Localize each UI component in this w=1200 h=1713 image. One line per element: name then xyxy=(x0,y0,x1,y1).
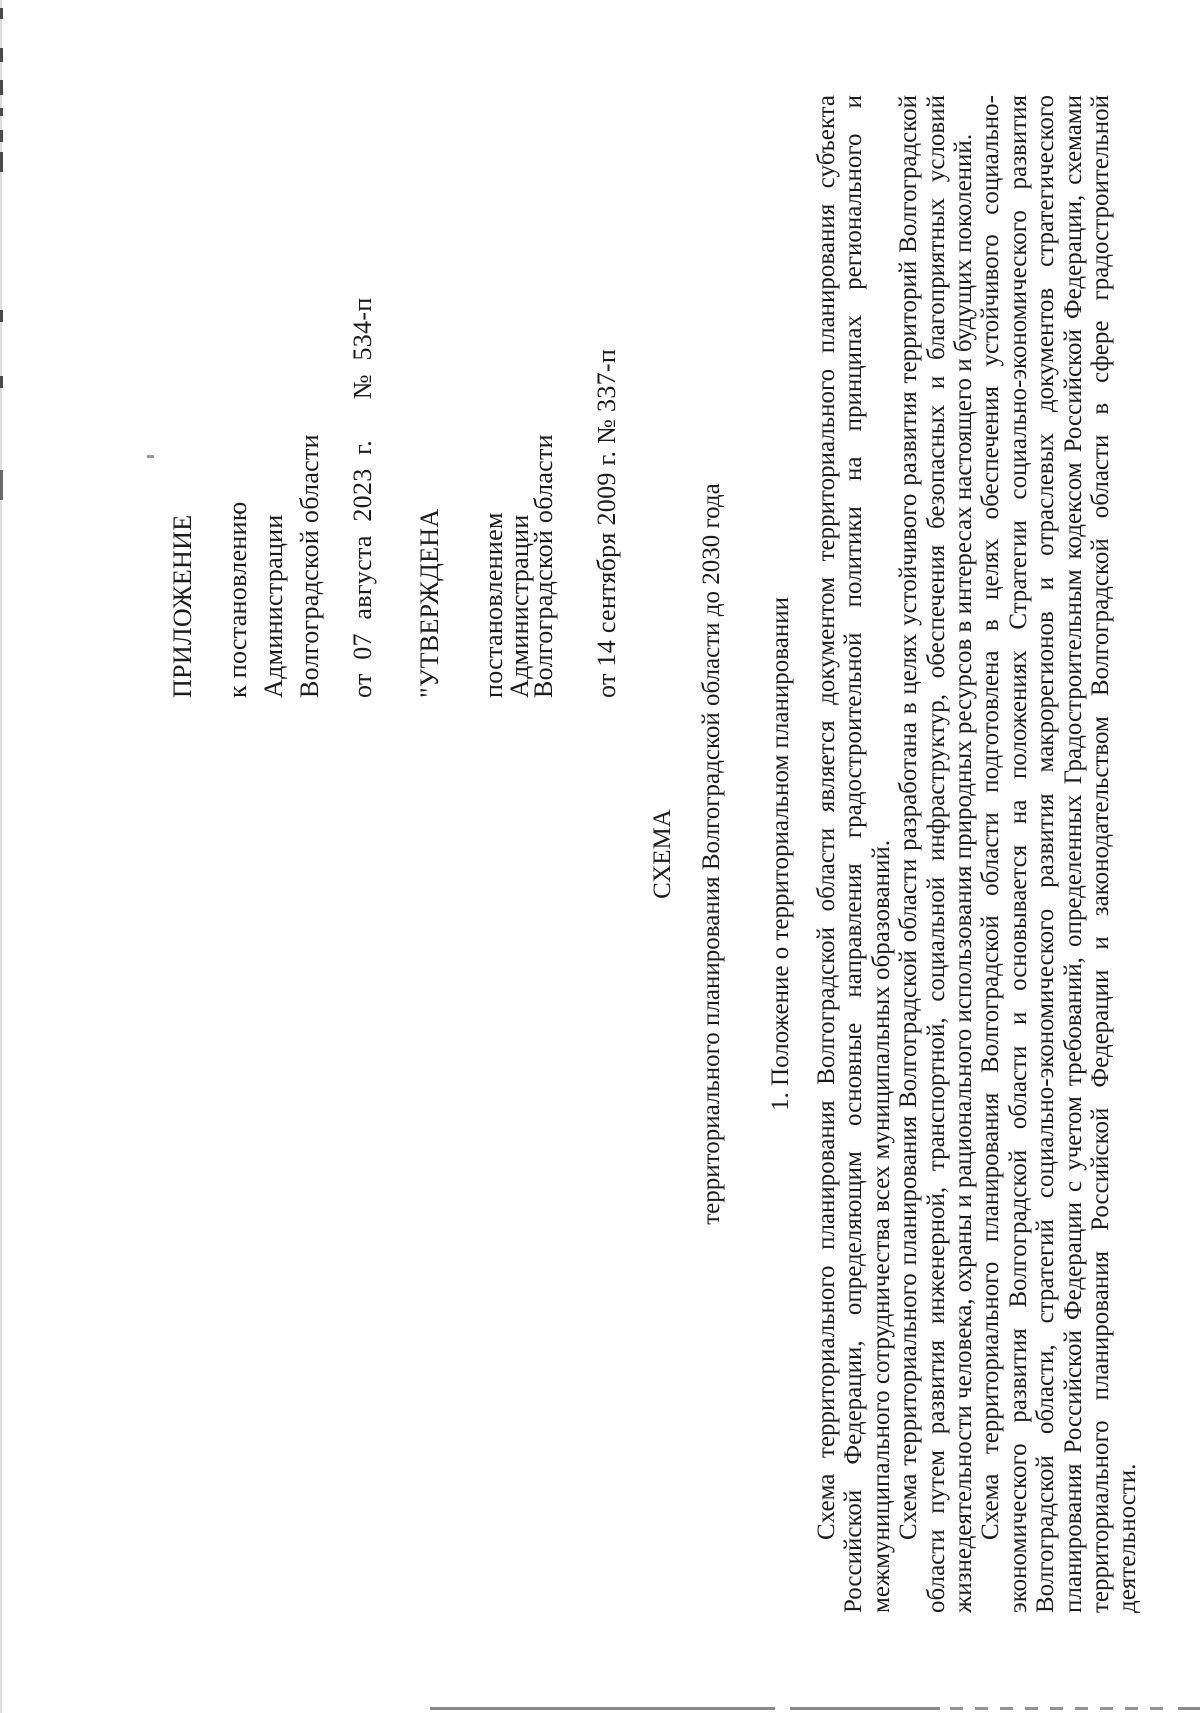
approved-line: постановлением xyxy=(481,512,506,698)
scan-edge-mark xyxy=(0,48,3,62)
scan-edge-mark xyxy=(0,8,3,19)
scan-edge-mark xyxy=(0,152,3,172)
approved-date-number: от 14 сентября 2009 г. № 337-п xyxy=(594,349,619,698)
scan-edge-mark xyxy=(0,80,3,95)
scan-edge-mark xyxy=(0,470,3,500)
approved-title: "УТВЕРЖДЕНА xyxy=(417,509,442,698)
paragraph: Схема территориального планирования Волг… xyxy=(977,95,1141,1613)
section-heading: 1. Положение о территориальном планирова… xyxy=(767,95,794,1613)
scan-edge-mark xyxy=(0,108,3,116)
scan-bottom-line xyxy=(790,1707,940,1710)
appendix-title: ПРИЛОЖЕНИЕ xyxy=(170,515,195,698)
appendix-line: Волгоградской области xyxy=(297,434,322,698)
scan-speck xyxy=(147,455,154,458)
paragraph: Схема территориального планирования Волг… xyxy=(813,95,895,1613)
body-text-block: Схема территориального планирования Волг… xyxy=(813,95,1142,1613)
appendix-line: к постановлению xyxy=(225,501,250,698)
approved-line: Волгоградской области xyxy=(531,434,556,698)
scan-edge-line xyxy=(0,0,2,1713)
document-subtitle: территориального планирования Волгоградс… xyxy=(698,95,725,1613)
scanned-page-rotated-content: ПРИЛОЖЕНИЕ к постановлению Администрации… xyxy=(0,0,1200,1713)
appendix-date-number: от 07 августа 2023 г. № 534-п xyxy=(350,297,375,698)
scan-edge-mark xyxy=(0,130,3,142)
document-main-title: СХЕМА xyxy=(649,95,676,1613)
paragraph: Схема территориального планирования Волг… xyxy=(895,95,977,1613)
scanned-document-canvas: ПРИЛОЖЕНИЕ к постановлению Администрации… xyxy=(0,0,1200,1713)
scan-bottom-line xyxy=(1178,1707,1200,1710)
appendix-line: Администрации xyxy=(261,514,286,698)
scan-bottom-line xyxy=(430,1707,775,1710)
scan-bottom-line xyxy=(950,1707,1165,1710)
scan-edge-mark xyxy=(0,310,3,322)
scan-edge-mark xyxy=(0,376,3,388)
